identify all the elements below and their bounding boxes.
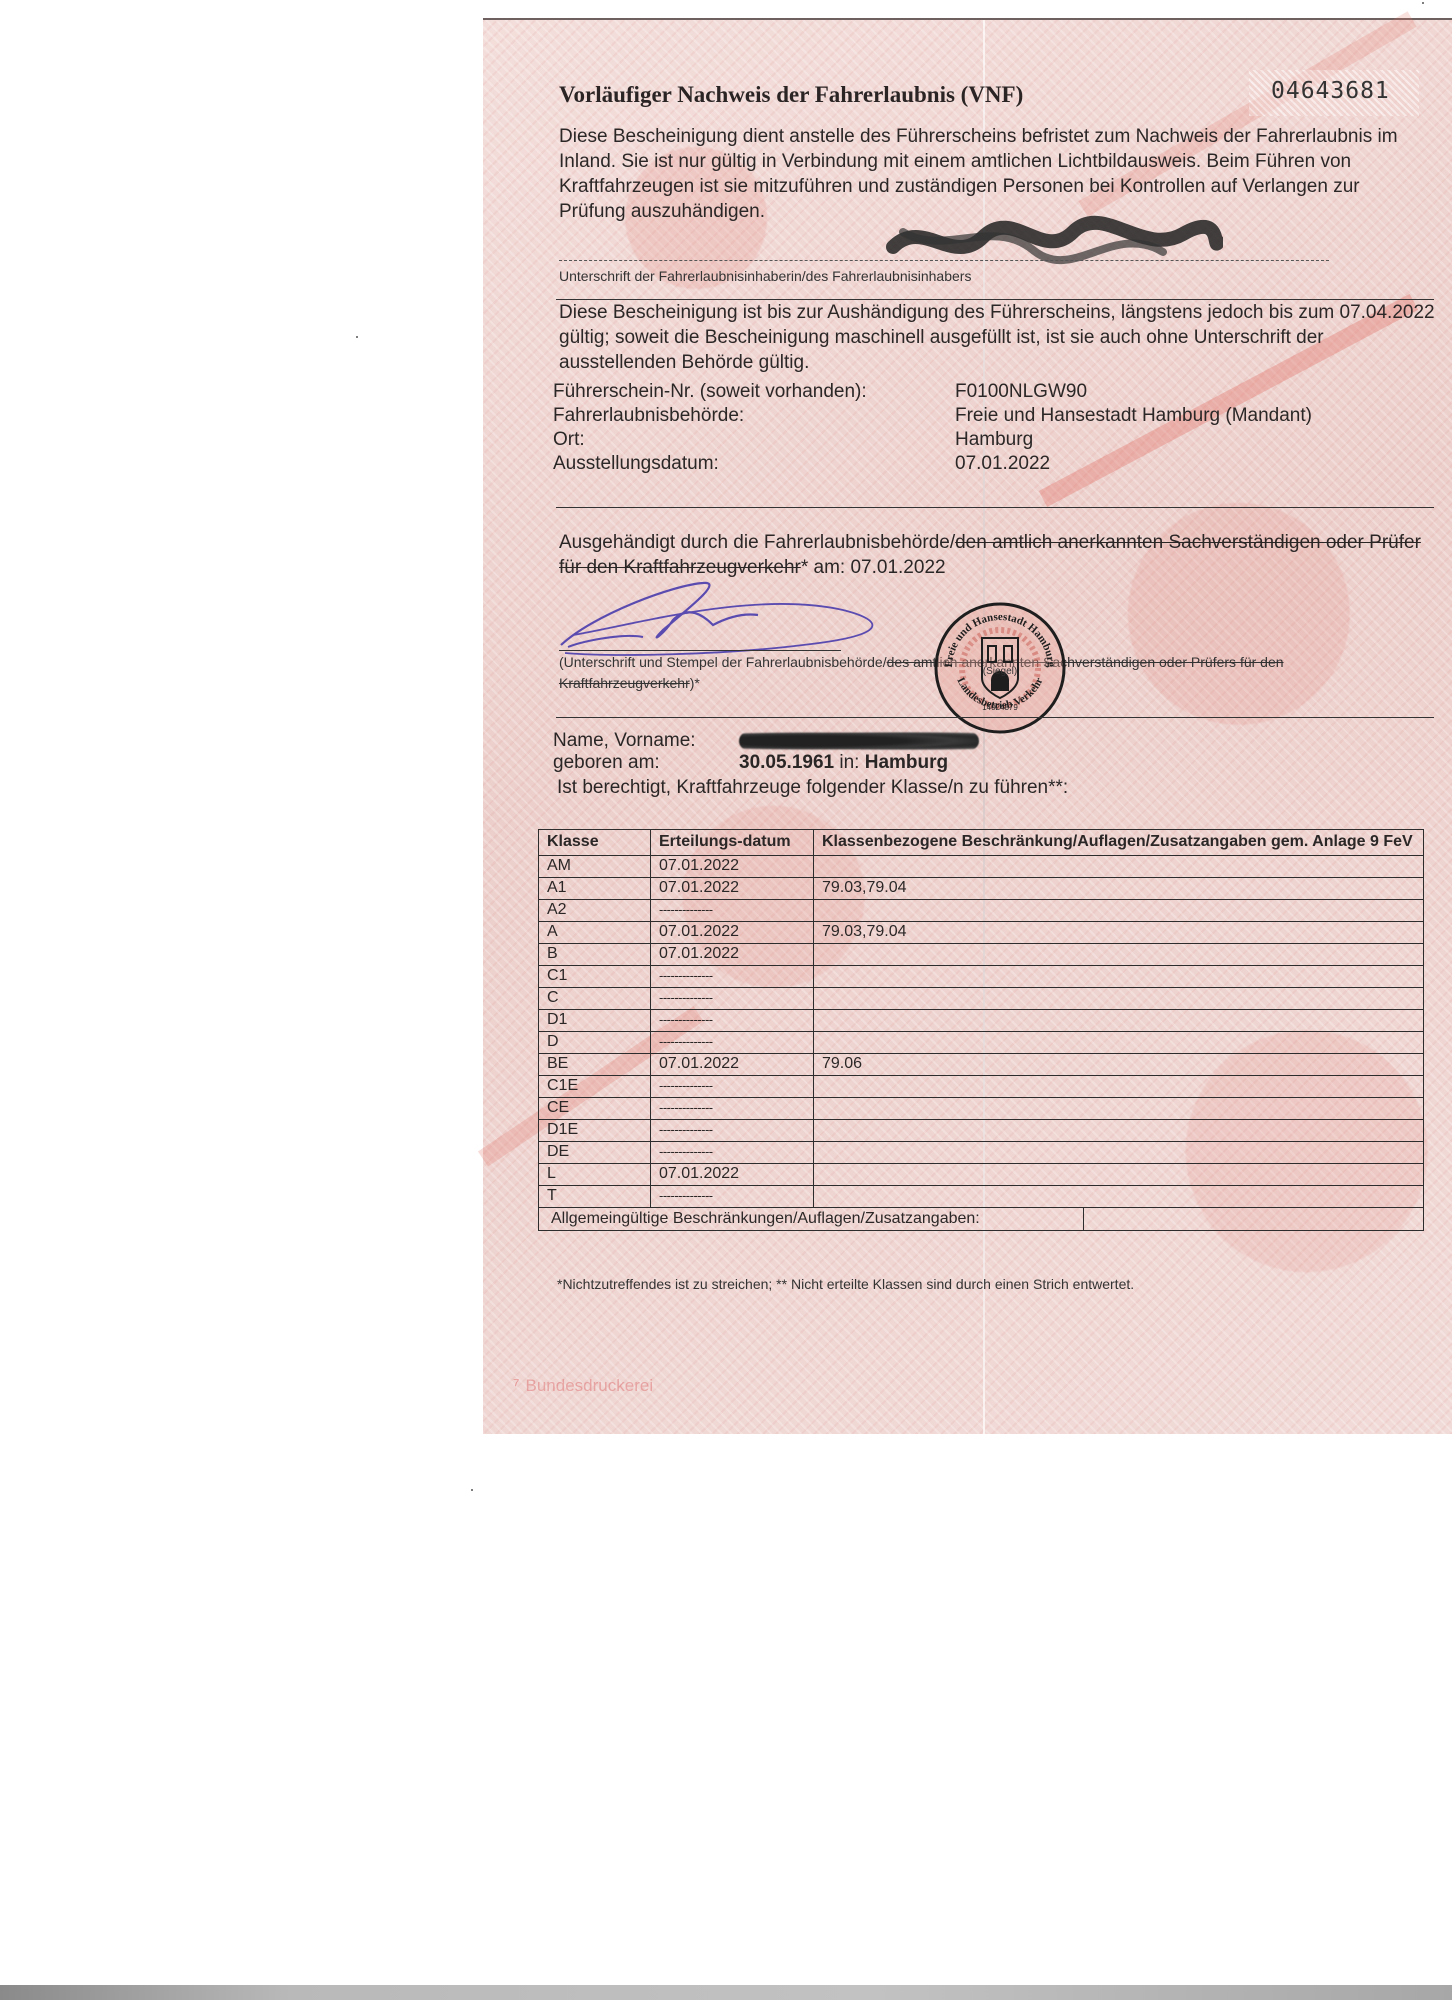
class-code: C1 [539,966,651,988]
table-row: A2-------------- [539,900,1424,922]
restriction-codes [814,1164,1424,1186]
holder-signature-line [559,260,1329,261]
name-redacted [739,732,979,750]
issue-date: 07.01.2022 [651,1164,814,1186]
issue-date: -------------- [651,966,814,988]
birth-date: 30.05.1961 [739,752,834,774]
stamp-number: 14024579 [982,703,1018,712]
serial-box: 04643681 [1249,70,1419,116]
table-row: C-------------- [539,988,1424,1010]
driving-license-certificate: Vorläufiger Nachweis der Fahrerlaubnis (… [483,18,1452,1434]
issue-date: -------------- [651,1098,814,1120]
table-row: DE-------------- [539,1142,1424,1164]
intro-text: Diese Bescheinigung dient anstelle des F… [559,124,1429,224]
class-code: D [539,1032,651,1054]
restriction-codes: 79.03,79.04 [814,922,1424,944]
field-row: Ort:Hamburg [553,428,1433,452]
field-label: Ausstellungsdatum: [553,452,955,476]
restriction-codes: 79.03,79.04 [814,878,1424,900]
class-code: A2 [539,900,651,922]
class-code: D1E [539,1120,651,1142]
holder-signature-redacted-icon [883,212,1223,272]
field-row: Führerschein-Nr. (soweit vorhanden):F010… [553,380,1433,404]
class-code: D1 [539,1010,651,1032]
issued-prefix: Ausgehändigt durch die Fahrerlaubnisbehö… [559,532,955,553]
printer-name: Bundesdruckerei [526,1376,654,1396]
stamp-seal-label: (Siegel) [983,666,1017,677]
scan-speck [471,1489,473,1491]
table-row: C1E-------------- [539,1076,1424,1098]
field-label: Führerschein-Nr. (soweit vorhanden): [553,380,955,404]
class-code: C1E [539,1076,651,1098]
restriction-codes [814,900,1424,922]
field-value: 07.01.2022 [955,452,1050,476]
header-restrictions: Klassenbezogene Beschränkung/Auflagen/Zu… [814,830,1424,856]
table-row: BE07.01.202279.06 [539,1054,1424,1076]
field-row: Fahrerlaubnisbehörde:Freie und Hansestad… [553,404,1433,428]
scan-speck [356,336,358,338]
restriction-codes [814,1120,1424,1142]
holder-details: Name, Vorname: geboren am: 30.05.1961 in… [553,730,1433,800]
name-row: Name, Vorname: [553,730,1433,752]
class-code: CE [539,1098,651,1120]
general-restrictions-value [1084,1208,1423,1230]
divider [556,507,1434,508]
general-restrictions-cell: Allgemeingültige Beschränkungen/Auflagen… [539,1208,1424,1231]
holder-signature-caption: Unterschrift der Fahrerlaubnisinhaberin/… [559,268,971,284]
class-code: AM [539,856,651,878]
footnote: *Nichtzutreffendes ist zu streichen; ** … [557,1276,1134,1292]
issue-date: 07.01.2022 [651,856,814,878]
class-code: A1 [539,878,651,900]
restriction-codes: 79.06 [814,1054,1424,1076]
issue-date: -------------- [651,988,814,1010]
caption-suffix: )* [690,675,700,691]
class-code: B [539,944,651,966]
table-row: AM07.01.2022 [539,856,1424,878]
general-restrictions-row: Allgemeingültige Beschränkungen/Auflagen… [539,1208,1424,1231]
serial-number: 04643681 [1271,78,1390,104]
birth-place: Hamburg [865,752,948,774]
issue-date: 07.01.2022 [651,878,814,900]
birth-label: geboren am: [553,752,739,774]
table-row: T-------------- [539,1186,1424,1208]
field-label: Fahrerlaubnisbehörde: [553,404,955,428]
class-code: C [539,988,651,1010]
table-row: A07.01.202279.03,79.04 [539,922,1424,944]
birth-place-label: in: [839,752,859,774]
issue-date: -------------- [651,1142,814,1164]
table-row: D1-------------- [539,1010,1424,1032]
field-label: Ort: [553,428,955,452]
entitlement-text: Ist berechtigt, Kraftfahrzeuge folgender… [553,776,1433,800]
restriction-codes [814,1076,1424,1098]
issue-date: 07.01.2022 [651,922,814,944]
restriction-codes [814,944,1424,966]
table-row: A107.01.202279.03,79.04 [539,878,1424,900]
class-code: L [539,1164,651,1186]
class-code: T [539,1186,651,1208]
issue-date: -------------- [651,1076,814,1098]
restriction-codes [814,1098,1424,1120]
field-value: Freie und Hansestadt Hamburg (Mandant) [955,404,1312,428]
license-classes-table: Klasse Erteilungs-datum Klassenbezogene … [538,829,1424,1231]
name-label: Name, Vorname: [553,730,739,752]
general-restrictions-label: Allgemeingültige Beschränkungen/Auflagen… [539,1208,1084,1230]
issue-date: 07.01.2022 [651,944,814,966]
class-code: BE [539,1054,651,1076]
validity-text: Diese Bescheinigung ist bis zur Aushändi… [559,300,1439,375]
issue-date: -------------- [651,1120,814,1142]
authority-signature-line [559,650,841,651]
restriction-codes [814,988,1424,1010]
scanner-edge-strip [0,1985,1452,2000]
table-header-row: Klasse Erteilungs-datum Klassenbezogene … [539,830,1424,856]
bundesdruckerei-logo-icon: ⁷ [513,1375,520,1396]
birth-row: geboren am: 30.05.1961 in: Hamburg [553,752,1433,774]
document-title: Vorläufiger Nachweis der Fahrerlaubnis (… [559,82,1023,108]
field-row: Ausstellungsdatum:07.01.2022 [553,452,1433,476]
issue-date: -------------- [651,1032,814,1054]
restriction-codes [814,1032,1424,1054]
header-issue-date: Erteilungs-datum [651,830,814,856]
issue-date: -------------- [651,1186,814,1208]
caption-prefix: (Unterschrift und Stempel der Fahrerlaub… [559,654,887,670]
printer-mark: ⁷ Bundesdruckerei [513,1375,653,1396]
issue-date: -------------- [651,1010,814,1032]
restriction-codes [814,1010,1424,1032]
table-row: L07.01.2022 [539,1164,1424,1186]
restriction-codes [814,1186,1424,1208]
class-code: A [539,922,651,944]
field-value: F0100NLGW90 [955,380,1087,404]
header-class: Klasse [539,830,651,856]
table-row: D-------------- [539,1032,1424,1054]
issue-date: 07.01.2022 [651,1054,814,1076]
table-row: D1E-------------- [539,1120,1424,1142]
issued-statement: Ausgehändigt durch die Fahrerlaubnisbehö… [559,530,1439,580]
table-row: CE-------------- [539,1098,1424,1120]
restriction-codes [814,856,1424,878]
title-row: Vorläufiger Nachweis der Fahrerlaubnis (… [559,78,1419,118]
divider [556,717,1434,718]
issue-date: -------------- [651,900,814,922]
table-row: C1-------------- [539,966,1424,988]
field-value: Hamburg [955,428,1033,452]
restriction-codes [814,966,1424,988]
license-fields: Führerschein-Nr. (soweit vorhanden):F010… [553,380,1433,476]
table-row: B07.01.2022 [539,944,1424,966]
scan-speck [1422,2,1424,4]
restriction-codes [814,1142,1424,1164]
class-code: DE [539,1142,651,1164]
